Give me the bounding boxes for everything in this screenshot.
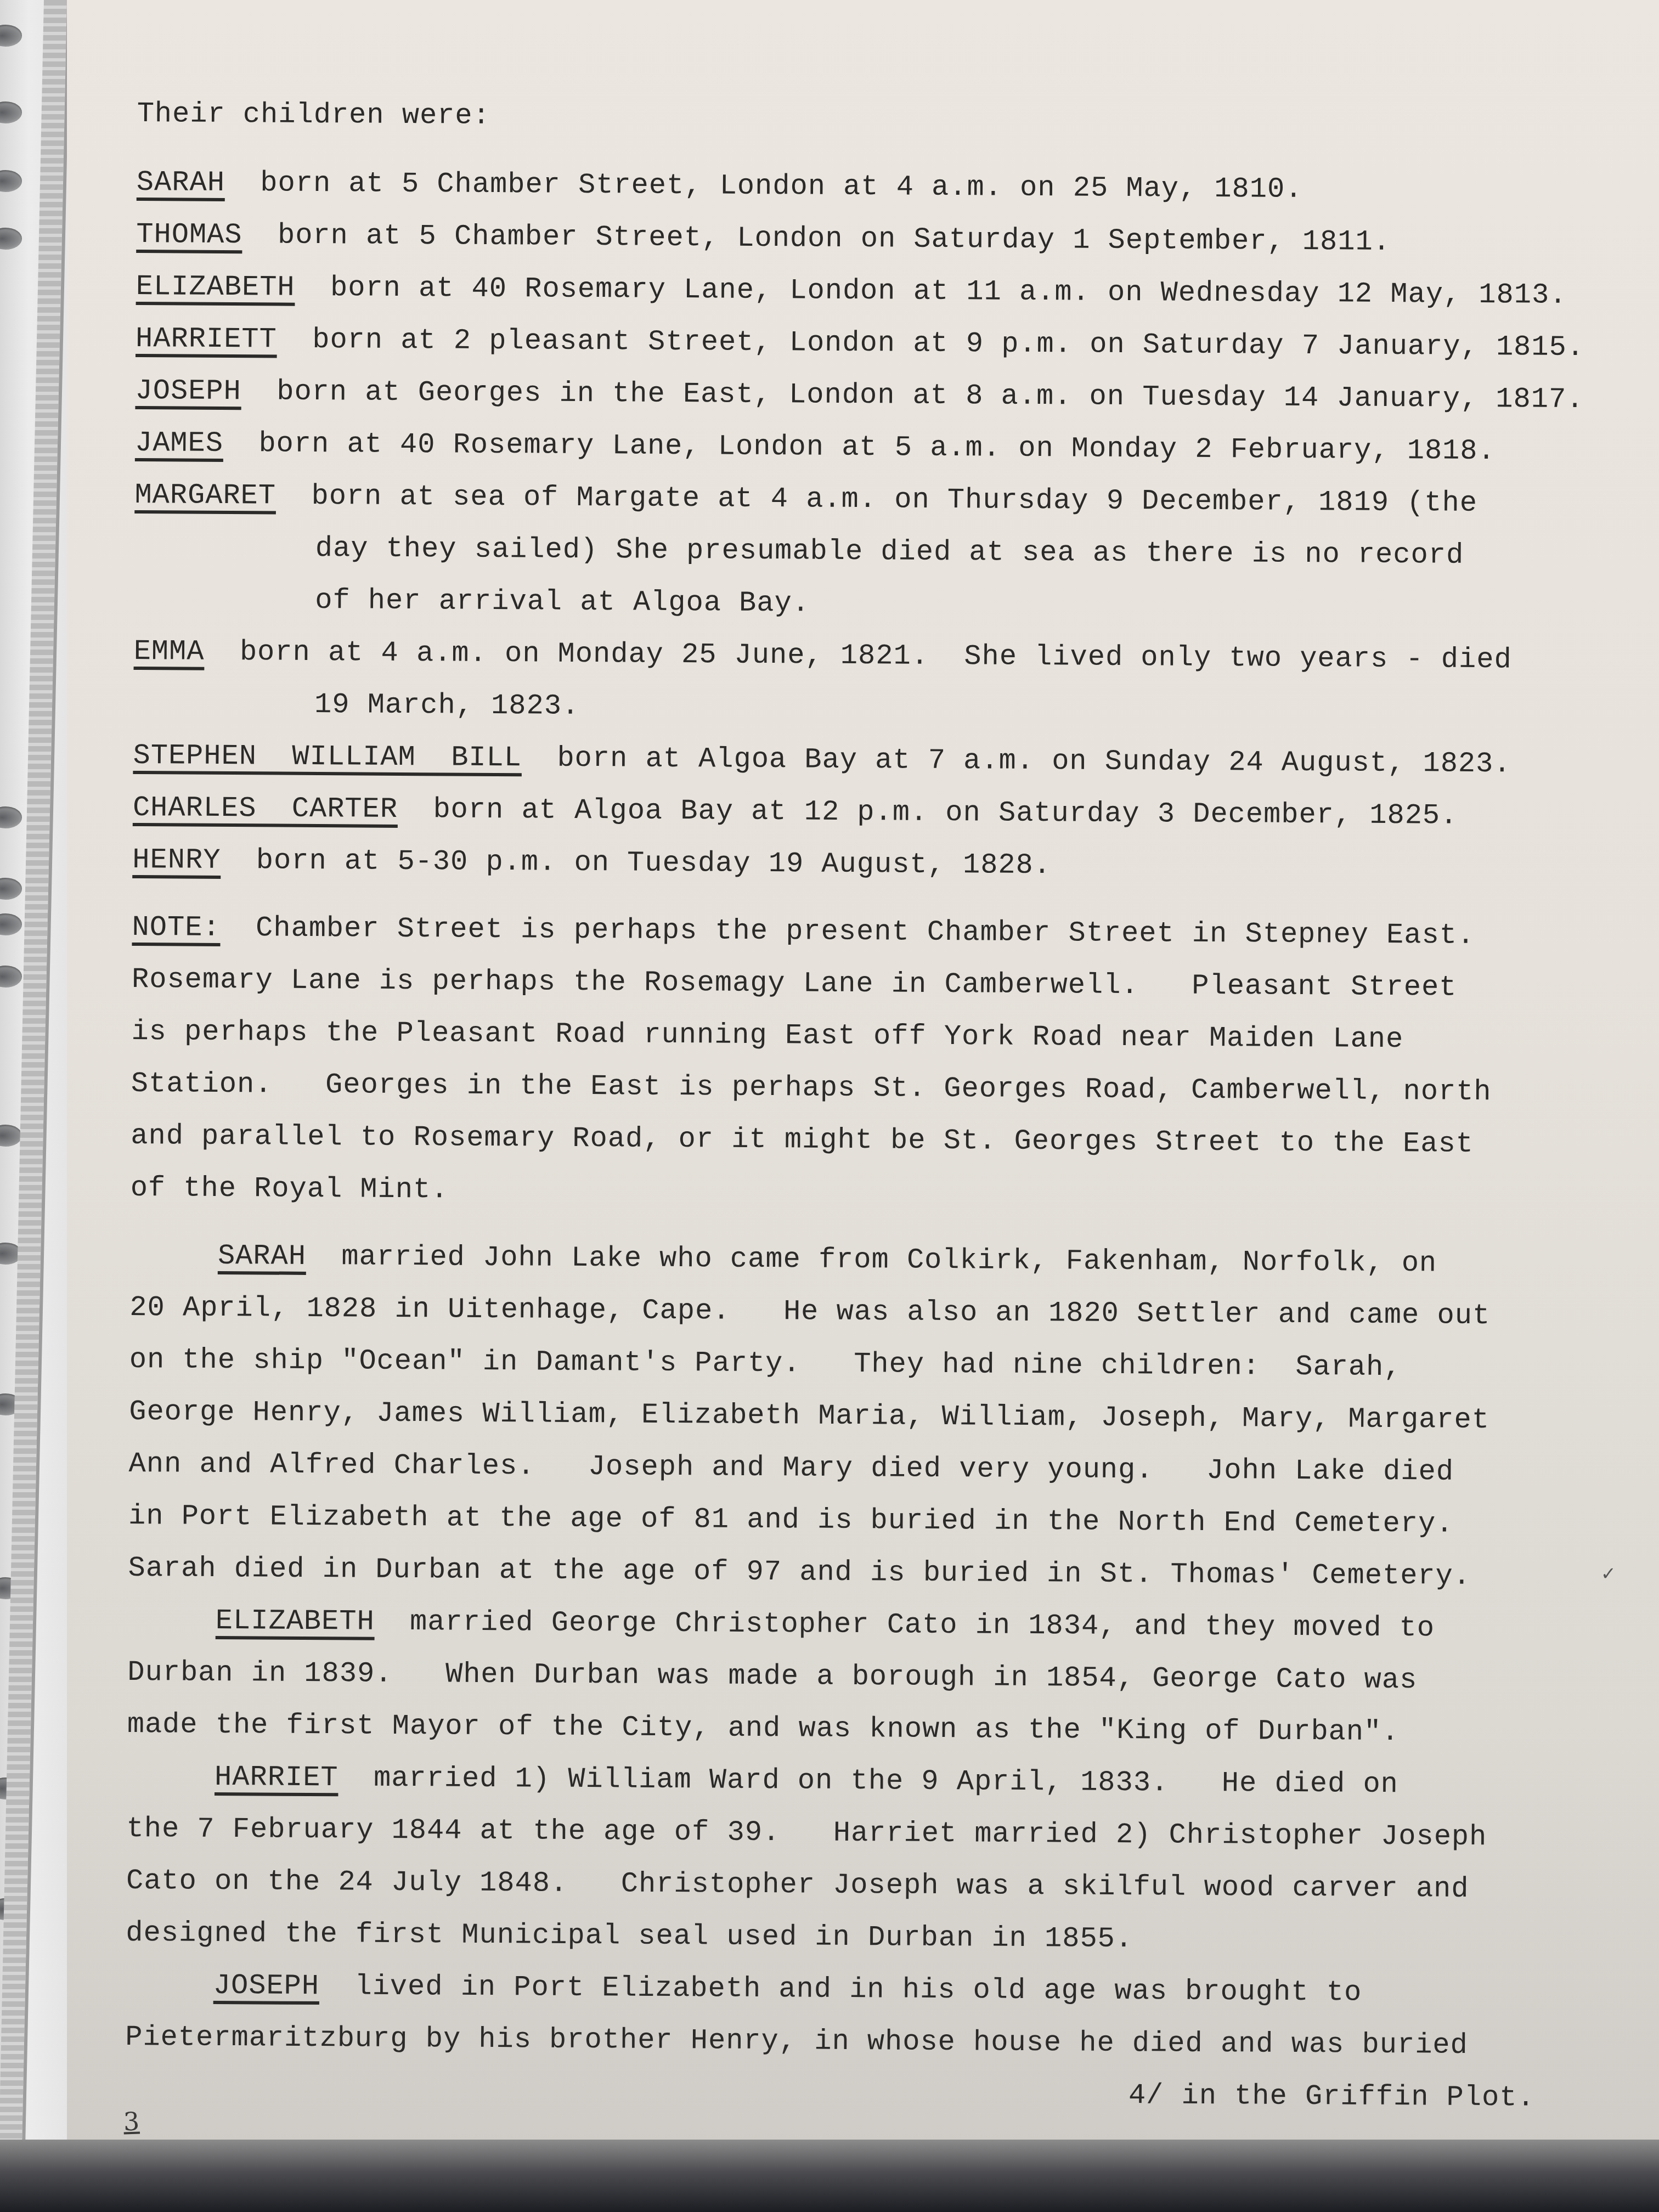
child-entry-continuation: of her arrival at Algoa Bay. bbox=[134, 573, 1561, 634]
paragraph-first-line: JOSEPH lived in Port Elizabeth and in hi… bbox=[126, 1959, 1553, 2020]
margin-tick-mark: ✓ bbox=[1602, 1561, 1615, 1587]
page-number: 3 bbox=[123, 2107, 140, 2137]
note-label: NOTE: bbox=[132, 911, 220, 944]
child-name: THOMAS bbox=[136, 218, 242, 251]
note-block: NOTE: Chamber Street is perhaps the pres… bbox=[130, 901, 1558, 1223]
note-line: Station. Georges in the East is perhaps … bbox=[131, 1058, 1558, 1119]
binder-hole-icon bbox=[0, 966, 22, 988]
child-entry: CHARLES CARTER born at Algoa Bay at 12 p… bbox=[133, 782, 1560, 843]
paragraph-subject-name: ELIZABETH bbox=[216, 1605, 375, 1638]
binder-hole-icon bbox=[0, 913, 22, 935]
sleeve-seam bbox=[0, 0, 70, 2140]
paragraph-line: Durban in 1839. When Durban was made a b… bbox=[127, 1646, 1554, 1707]
family-paragraphs: SARAH married John Lake who came from Co… bbox=[125, 1229, 1556, 2072]
paragraph-subject-name: SARAH bbox=[218, 1240, 306, 1273]
paragraph-line: Ann and Alfred Charles. Joseph and Mary … bbox=[128, 1438, 1555, 1499]
child-birth-details: born at 4 a.m. on Monday 25 June, 1821. … bbox=[240, 636, 1512, 676]
child-name: HARRIETT bbox=[136, 323, 277, 356]
child-birth-details: born at 5-30 p.m. on Tuesday 19 August, … bbox=[256, 844, 1052, 882]
child-name: STEPHEN WILLIAM BILL bbox=[133, 740, 522, 774]
child-entry: ELIZABETH born at 40 Rosemary Lane, Lond… bbox=[136, 261, 1562, 321]
child-name: JOSEPH bbox=[135, 375, 241, 408]
paragraph-line: George Henry, James William, Elizabeth M… bbox=[129, 1386, 1556, 1447]
binder-hole-icon bbox=[0, 1125, 22, 1147]
paragraph-line: on the ship "Ocean" in Damant's Party. T… bbox=[129, 1334, 1556, 1395]
child-birth-details: born at 40 Rosemary Lane, London at 5 a.… bbox=[258, 427, 1496, 467]
paragraph-line: in Port Elizabeth at the age of 81 and i… bbox=[128, 1490, 1555, 1551]
child-entry: HENRY born at 5-30 p.m. on Tuesday 19 Au… bbox=[132, 834, 1559, 895]
child-entry-continuation: day they sailed) She presumable died at … bbox=[134, 521, 1561, 582]
child-birth-details: born at Georges in the East, London at 8… bbox=[276, 376, 1584, 416]
binder-hole-icon bbox=[0, 228, 22, 250]
binder-hole-icon bbox=[0, 806, 22, 828]
child-name: EMMA bbox=[134, 635, 205, 668]
binder-sleeve bbox=[0, 0, 71, 2140]
note-line: NOTE: Chamber Street is perhaps the pres… bbox=[132, 901, 1559, 962]
child-birth-details: born at 5 Chamber Street, London on Satu… bbox=[278, 219, 1391, 258]
child-name: CHARLES CARTER bbox=[133, 792, 398, 826]
child-birth-details: born at Algoa Bay at 7 a.m. on Sunday 24… bbox=[557, 742, 1511, 781]
paragraph-first-line: SARAH married John Lake who came from Co… bbox=[130, 1229, 1557, 1290]
continuation-marker: 4/ in the Griffin Plot. bbox=[125, 2063, 1551, 2124]
binder-hole-icon bbox=[0, 878, 22, 900]
child-name: JAMES bbox=[135, 427, 223, 460]
paragraph-line: Sarah died in Durban at the age of 97 an… bbox=[128, 1542, 1555, 1603]
paragraph-line: 20 April, 1828 in Uitenhage, Cape. He wa… bbox=[129, 1282, 1556, 1342]
note-line: is perhaps the Pleasant Road running Eas… bbox=[131, 1006, 1558, 1066]
note-line: and parallel to Rosemary Road, or it mig… bbox=[131, 1110, 1558, 1171]
document-body: Their children were: SARAH born at 5 Cha… bbox=[125, 88, 1564, 2124]
paragraph-first-line: HARRIET married 1) William Ward on the 9… bbox=[127, 1751, 1554, 1812]
paragraph-line: Pietermaritzburg by his brother Henry, i… bbox=[125, 2011, 1552, 2072]
child-entry: SARAH born at 5 Chamber Street, London a… bbox=[137, 156, 1564, 217]
child-entry-continuation: 19 March, 1823. bbox=[133, 678, 1560, 738]
paragraph-subject-name: JOSEPH bbox=[213, 1970, 320, 2002]
child-entry: JOSEPH born at Georges in the East, Lond… bbox=[135, 365, 1562, 426]
paragraph-line: designed the first Municipal seal used i… bbox=[126, 1907, 1553, 1968]
child-birth-details: born at Algoa Bay at 12 p.m. on Saturday… bbox=[433, 793, 1458, 832]
paragraph-line: Cato on the 24 July 1848. Christopher Jo… bbox=[126, 1855, 1553, 1916]
paragraph-subject-name: HARRIET bbox=[215, 1761, 338, 1794]
section-heading: Their children were: bbox=[137, 88, 1564, 149]
paragraph-line: made the first Mayor of the City, and wa… bbox=[127, 1699, 1554, 1759]
child-entry: JAMES born at 40 Rosemary Lane, London a… bbox=[135, 417, 1562, 478]
child-entry: EMMA born at 4 a.m. on Monday 25 June, 1… bbox=[133, 625, 1560, 686]
note-line: of the Royal Mint. bbox=[130, 1162, 1557, 1223]
child-name: ELIZABETH bbox=[136, 270, 295, 304]
children-list: SARAH born at 5 Chamber Street, London a… bbox=[132, 156, 1563, 895]
child-name: MARGARET bbox=[134, 479, 276, 512]
binder-hole-icon bbox=[0, 170, 22, 192]
page-bottom-shadow bbox=[0, 2140, 1659, 2212]
child-birth-details: born at 2 pleasant Street, London at 9 p… bbox=[312, 324, 1584, 364]
child-birth-details: born at 5 Chamber Street, London at 4 a.… bbox=[260, 167, 1302, 206]
note-line: Rosemary Lane is perhaps the Rosemagy La… bbox=[132, 953, 1559, 1014]
child-birth-details: born at sea of Margate at 4 a.m. on Thur… bbox=[311, 480, 1477, 520]
child-entry: THOMAS born at 5 Chamber Street, London … bbox=[136, 208, 1563, 269]
child-name: SARAH bbox=[137, 166, 225, 199]
child-birth-details: born at 40 Rosemary Lane, London at 11 a… bbox=[330, 272, 1567, 312]
binder-hole-icon bbox=[0, 25, 22, 47]
paragraph-line: the 7 February 1844 at the age of 39. Ha… bbox=[126, 1803, 1553, 1864]
binder-hole-icon bbox=[0, 101, 22, 123]
child-entry: STEPHEN WILLIAM BILL born at Algoa Bay a… bbox=[133, 730, 1560, 791]
paragraph-first-line: ELIZABETH married George Christopher Cat… bbox=[128, 1594, 1555, 1655]
child-entry: HARRIETT born at 2 pleasant Street, Lond… bbox=[136, 313, 1562, 374]
child-entry: MARGARET born at sea of Margate at 4 a.m… bbox=[134, 469, 1561, 530]
child-name: HENRY bbox=[132, 844, 221, 877]
